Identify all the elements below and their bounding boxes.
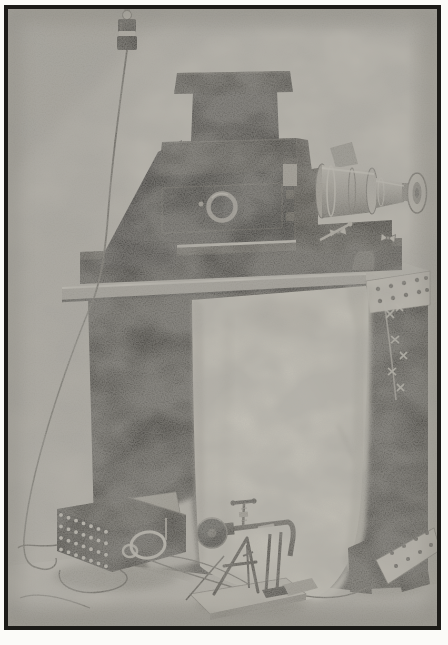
- halftone-grain-texture: [8, 9, 437, 626]
- photo-canvas: [0, 0, 448, 645]
- photograph-early-projection-apparatus: [0, 0, 448, 645]
- printed-page: [0, 0, 448, 645]
